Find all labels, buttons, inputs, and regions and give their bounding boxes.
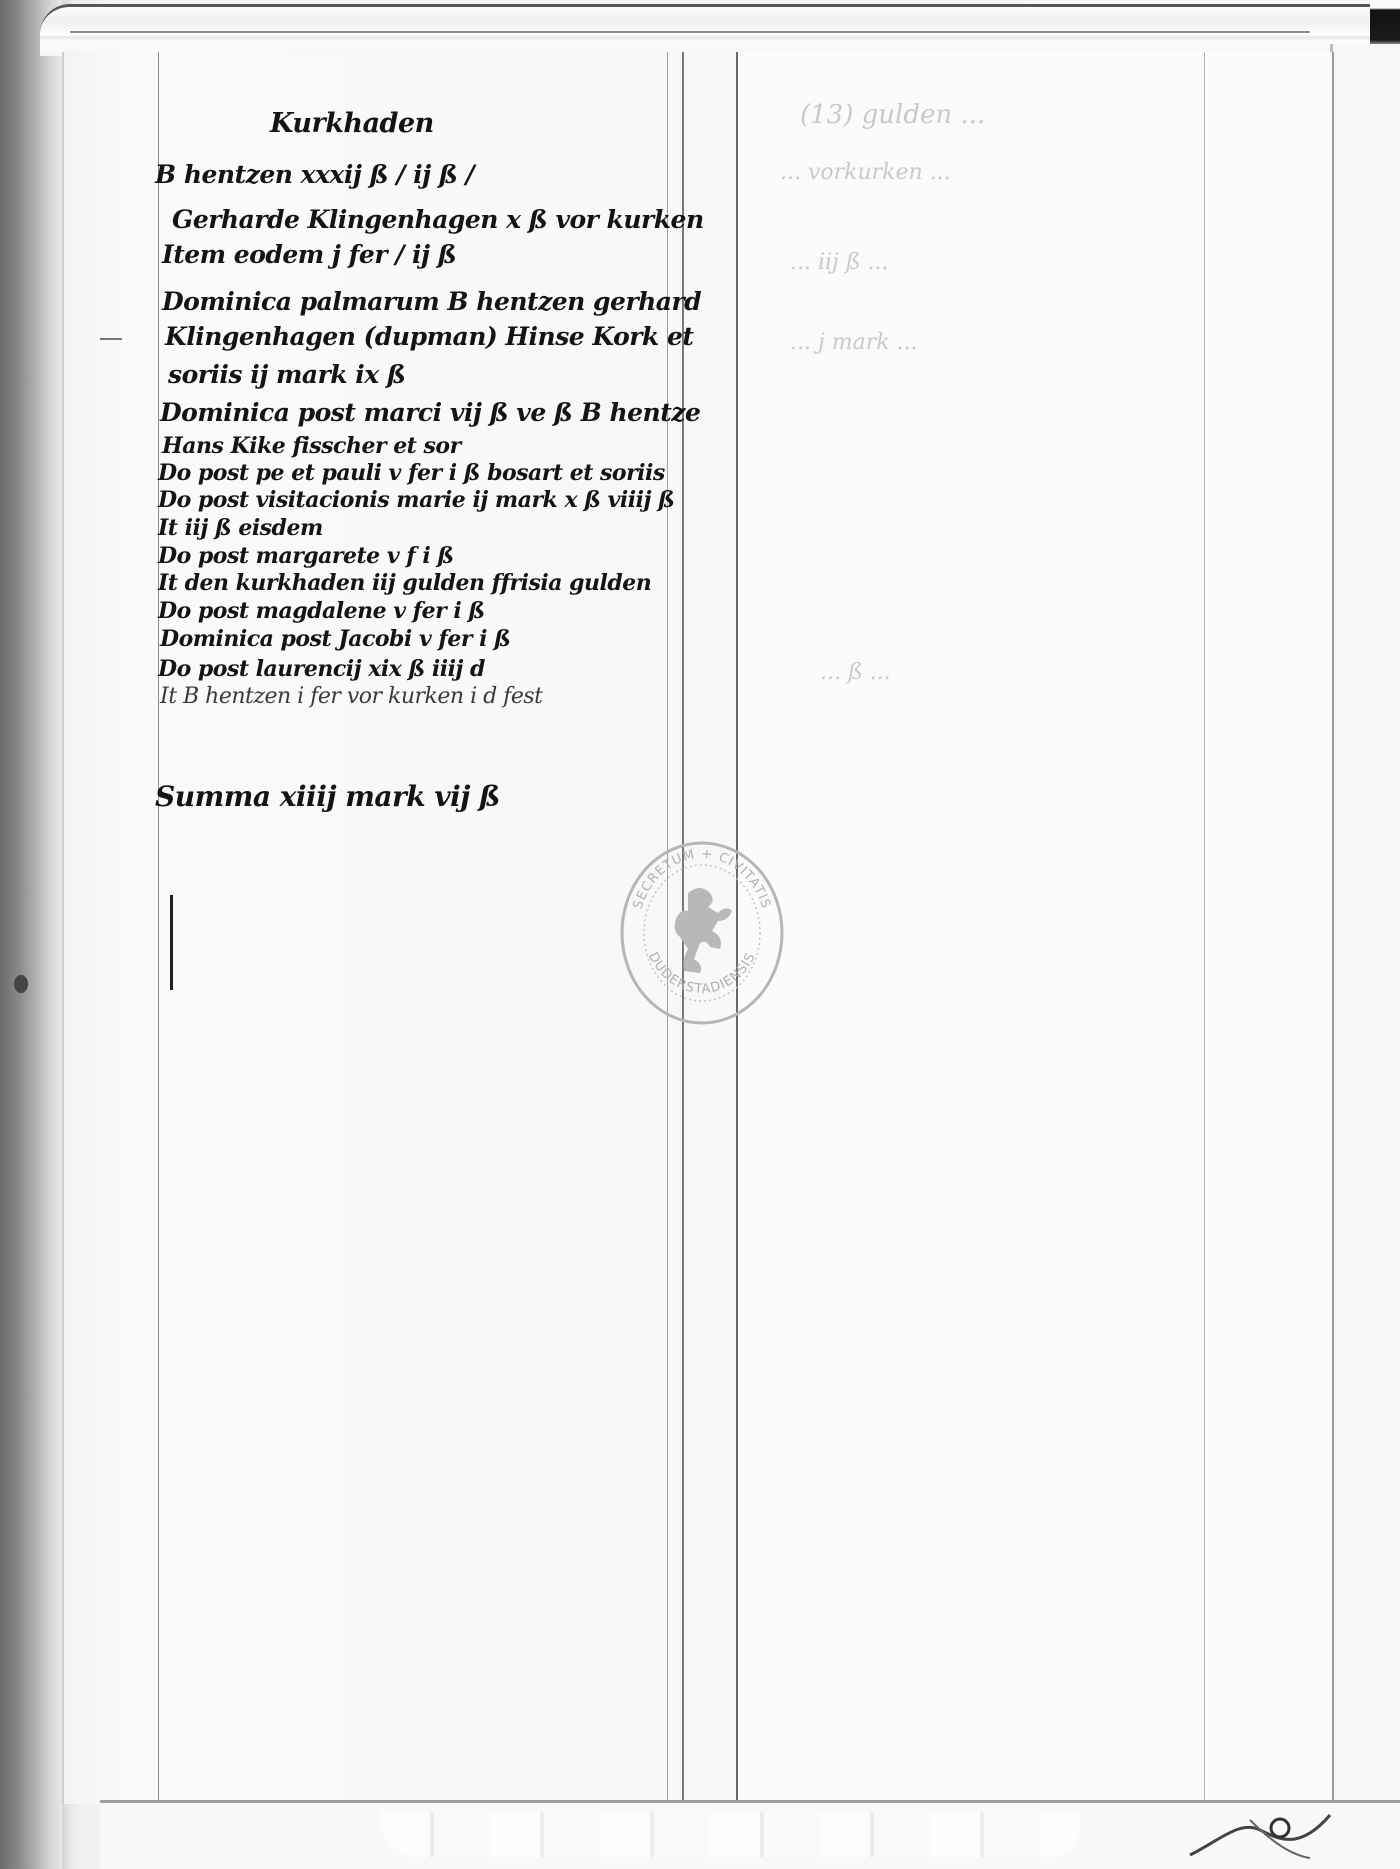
ledger-entry: Do post magdalene v fer i ß <box>158 598 485 624</box>
ledger-entry: Do post pe et pauli v fer i ß bosart et … <box>158 460 665 486</box>
bleed-through-line: ... iij ß ... <box>790 250 889 275</box>
lion-icon <box>675 888 732 973</box>
ledger-entry: Item eodem j fer / ij ß <box>162 240 456 269</box>
svg-text:DUDERSTADIENSIS: DUDERSTADIENSIS <box>645 950 759 997</box>
ledger-entry: Dominica palmarum B hentzen gerhard <box>162 287 701 316</box>
ledger-total: Summa xiiij mark vij ß <box>155 780 500 813</box>
ledger-entry: soriis ij mark ix ß <box>168 360 405 389</box>
margin-stroke <box>170 895 173 990</box>
ledger-entry: Do post visitacionis marie ij mark x ß v… <box>158 487 674 513</box>
ledger-entry: Hans Kike fisscher et sor <box>162 433 461 459</box>
ledger-entry: It den kurkhaden iij gulden ffrisia guld… <box>158 570 651 596</box>
facing-leaf-edge <box>1330 44 1400 1814</box>
ledger-entry: B hentzen xxxij ß / ij ß / <box>155 160 474 189</box>
binding-thread <box>1180 1810 1340 1860</box>
torn-paper-fragment <box>380 1812 1080 1857</box>
ledger-entry: Dominica post Jacobi v fer i ß <box>160 626 510 652</box>
binding-spine <box>0 0 62 1869</box>
archive-seal-stamp: SECRETUM + CIVITATIS DUDERSTADIENSIS <box>618 838 786 1028</box>
ledger-entry: Do post laurencij xix ß iiij d <box>158 656 485 682</box>
page-top-edge <box>40 4 1370 56</box>
bleed-through-line: ... j mark ... <box>790 330 918 355</box>
ledger-entry: Klingenhagen (dupman) Hinse Kork et <box>165 322 693 351</box>
ledger-entry: Dominica post marci vij ß ve ß B hentze <box>160 398 700 427</box>
bleed-through-line: ... vorkurken ... <box>780 160 951 185</box>
spine-mark <box>14 975 28 993</box>
bleed-through-line: ... ß ... <box>820 660 891 685</box>
ledger-entry: It B hentzen i fer vor kurken i d fest <box>160 684 542 709</box>
stamp-text-bottom: DUDERSTADIENSIS <box>645 950 759 997</box>
ruling-line-left <box>158 52 159 1804</box>
ruling-line-right-margin <box>1204 52 1205 1804</box>
ledger-heading: Kurkhaden <box>270 108 434 139</box>
ruling-line-page-edge <box>1332 52 1334 1804</box>
margin-dash <box>100 338 122 340</box>
ledger-entry: It iij ß eisdem <box>158 515 323 541</box>
ledger-entry: Do post margarete v f i ß <box>158 543 454 569</box>
bleed-through-line: (13) gulden ... <box>800 100 985 130</box>
ledger-entry: Gerharde Klingenhagen x ß vor kurken <box>172 205 704 234</box>
